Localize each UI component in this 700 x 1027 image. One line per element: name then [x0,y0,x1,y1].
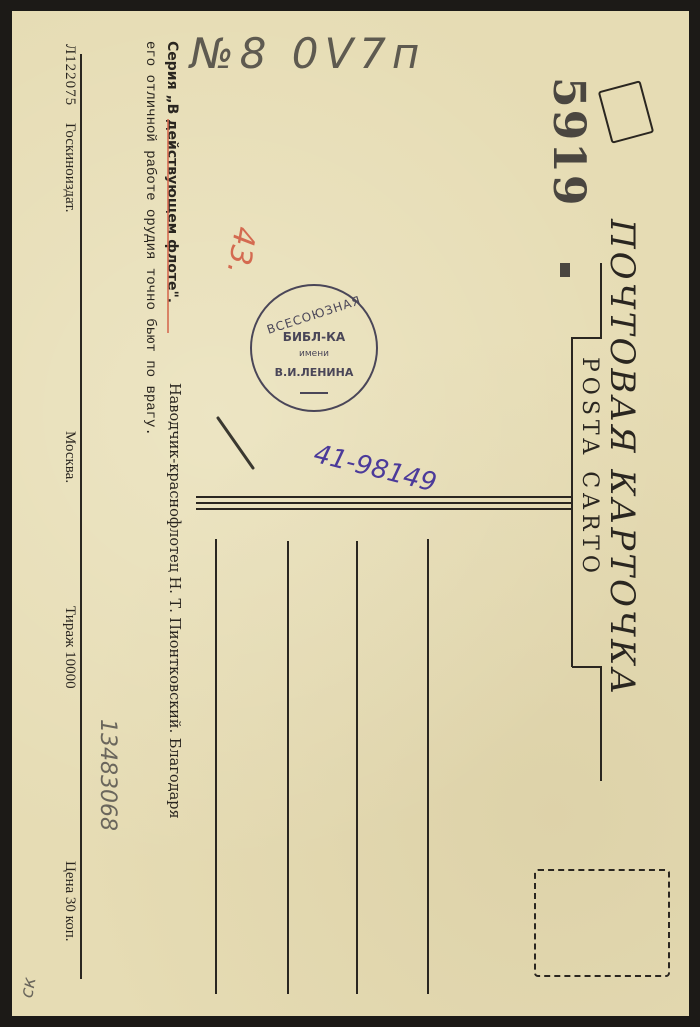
stamp-placement-box [534,869,670,977]
stamp-line2: имени [252,349,376,359]
title-frame-inner [571,337,573,667]
pencil-slash-mark [216,416,255,470]
handwritten-top-note: №8 0V7п [190,29,425,78]
pencil-accession-number: 13483068 [95,719,120,831]
stamp-line3: В.И.ЛЕНИНА [252,366,376,379]
corner-initials: ск [16,975,40,999]
divider-line-mid [196,502,572,504]
catalog-dash [560,263,570,277]
small-rect-stamp [598,80,654,144]
imprint-print-run: Тираж 10000 [61,606,78,689]
library-stamp: ВСЕСОЮЗНАЯ БИБЛ-КА имени В.И.ЛЕНИНА [250,284,378,412]
stamp-bottom-dash [300,392,328,394]
red-underline [167,119,169,333]
address-line-3 [356,541,358,994]
caption-line2: его отличной работе орудия точно бьют по… [142,41,158,436]
catalog-number: 5919 [543,77,594,207]
title-frame-step-bottom [572,666,601,668]
imprint-code: Л122075 [61,44,78,106]
postcard-back: №8 0V7п Л122075 Госкиноиздат. Москва. Ти… [12,11,689,1016]
divider-line-bottom [196,508,572,510]
blue-ink-number: 41-98149 [311,439,440,498]
red-pencil-note: 43. [219,224,262,277]
stamp-line1: БИБЛ-КА [252,330,376,344]
postcard-title-latin: POSTA CARTO [577,357,602,578]
divider-line-top [196,496,572,498]
address-line-2 [287,541,289,994]
caption-line1: Наводчик-краснофлотец Н. Т. Пионтковский… [166,383,182,819]
imprint-rule [80,54,82,979]
imprint-price: Цена 30 коп. [61,861,78,941]
address-line-1 [215,539,217,994]
postcard-title-cursive: ПОЧТОВАЯ КАРТОЧКА [602,219,642,697]
address-line-4 [427,539,429,994]
imprint-city: Москва. [61,431,78,483]
imprint-publisher: Госкиноиздат. [61,123,78,213]
title-frame-step-top [572,337,601,339]
